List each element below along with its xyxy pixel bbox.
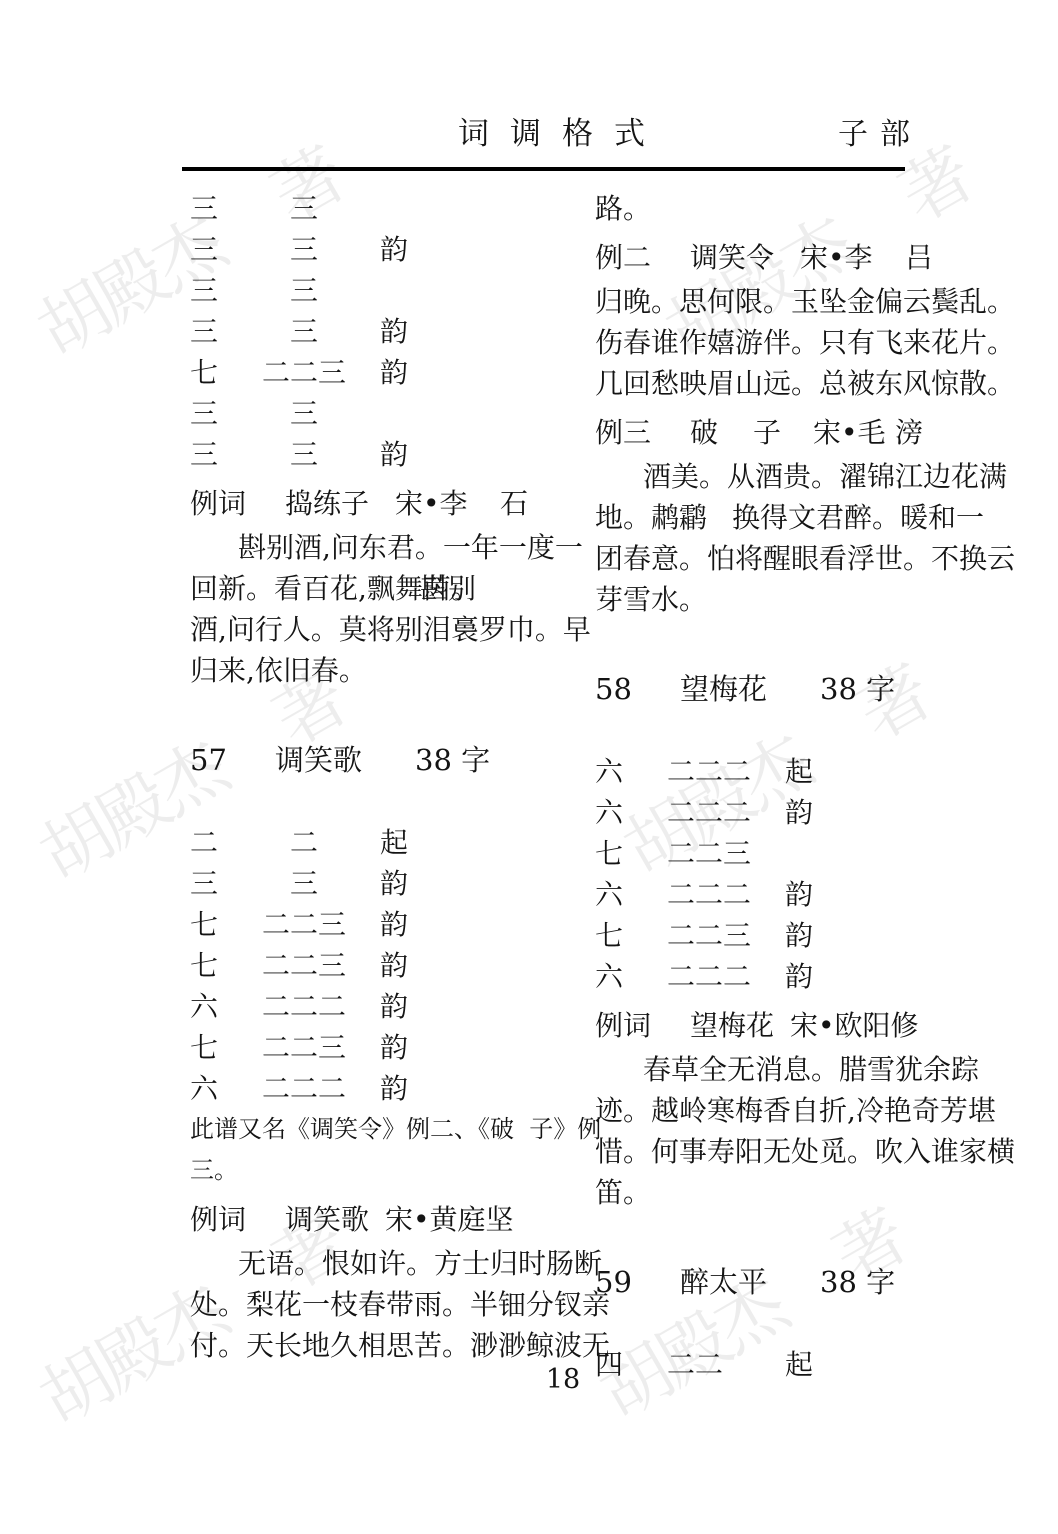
pattern-marker: 韵 (380, 986, 408, 1027)
poem-line: 路。 (595, 188, 987, 229)
header-rule (182, 167, 905, 171)
pattern-row: 七二二三 (595, 833, 987, 874)
pattern-feet: 三 (290, 434, 318, 475)
left-column: 三三三三韵三三三三韵七二二三韵三三三三韵例词捣练子宋•李石斟别酒,问东君。一年一… (190, 188, 562, 1366)
pattern-count: 七 (595, 833, 623, 874)
pattern-feet: 二 (290, 822, 318, 863)
tune-title: 醉太平 (680, 1262, 767, 1303)
pattern-marker: 韵 (785, 792, 813, 833)
pattern-row: 六二二二韵 (595, 792, 987, 833)
pattern-marker: 韵 (380, 229, 408, 270)
tune-heading: 57调笑歌38 字 (190, 740, 562, 781)
pattern-feet: 三 (290, 863, 318, 904)
pattern-count: 六 (190, 1068, 218, 1109)
example-author: 滂 (895, 412, 923, 453)
pattern-row: 四二二起 (595, 1344, 987, 1385)
example-label: 例词 (595, 1005, 651, 1046)
pattern-row: 七二二三韵 (190, 1027, 562, 1068)
pattern-count: 七 (190, 945, 218, 986)
pattern-marker: 韵 (380, 863, 408, 904)
pattern-count: 六 (190, 986, 218, 1027)
poem-line: 伤春谁作嬉游伴。只有飞来花片。 (595, 322, 987, 363)
example-label: 例二 (595, 237, 651, 278)
poem-line: 几回愁映眉山远。总被东风惊散。 (595, 363, 987, 404)
pattern-count: 七 (190, 904, 218, 945)
pattern-marker: 韵 (785, 956, 813, 997)
page-number: 18 (503, 1364, 623, 1395)
pattern-count: 六 (595, 751, 623, 792)
pattern-count: 六 (595, 874, 623, 915)
example-title: 调笑歌 (285, 1199, 369, 1240)
example-title: 宋•黄庭坚 (385, 1199, 514, 1240)
pattern-feet: 三 (290, 229, 318, 270)
tune-title: 调笑歌 (275, 740, 362, 781)
pattern-row: 七二二三韵 (595, 915, 987, 956)
pattern-row: 六二二二韵 (190, 986, 562, 1027)
pattern-count: 三 (190, 311, 218, 352)
pattern-count: 六 (595, 792, 623, 833)
pattern-row: 六二二二韵 (190, 1068, 562, 1109)
poem-line: 惜。何事寿阳无处觅。吹入谁家横 (595, 1131, 987, 1172)
pattern-count: 六 (595, 956, 623, 997)
tune-number: 58 (595, 669, 632, 710)
example-title: 望梅花 (690, 1005, 774, 1046)
pattern-marker: 起 (785, 751, 813, 792)
pattern-count: 三 (190, 188, 218, 229)
tune-heading: 59醉太平38 字 (595, 1262, 987, 1303)
pattern-row: 七二二三韵 (190, 945, 562, 986)
book-page: 胡殿杰著 胡殿杰著 胡殿杰著 胡殿杰著 胡殿杰著 胡殿杰著 词调格式 子部 三三… (0, 0, 1058, 1534)
pattern-row: 二二起 (190, 822, 562, 863)
pattern-feet: 二二二 (262, 1068, 346, 1109)
poem-line: 斟别酒,问东君。一年一度一 (190, 527, 562, 568)
pattern-count: 三 (190, 434, 218, 475)
example-title: 调笑令 (690, 237, 774, 278)
note-line: 此谱又名《调笑令》例二、《破 子》例 (190, 1109, 562, 1150)
pattern-row: 六二二二起 (595, 751, 987, 792)
pattern-marker: 韵 (380, 1027, 408, 1068)
poem-text: 斟别 (420, 568, 476, 609)
pattern-marker: 起 (785, 1344, 813, 1385)
example-title: 宋•李 (395, 483, 468, 524)
tune-length: 38 字 (820, 1262, 895, 1303)
example-line: 例词调笑歌宋•黄庭坚 (190, 1199, 562, 1240)
example-author: 宋•毛 (813, 412, 886, 453)
example-title: 宋•李 (800, 237, 873, 278)
pattern-feet: 二二三 (262, 1027, 346, 1068)
pattern-row: 三三韵 (190, 434, 562, 475)
pattern-feet: 二二三 (262, 352, 346, 393)
note-line: 三。 (190, 1150, 562, 1191)
pattern-row: 三三韵 (190, 863, 562, 904)
pattern-feet: 二二二 (262, 986, 346, 1027)
poem-line: 付。天长地久相思苦。渺渺鲸波无 (190, 1325, 562, 1366)
tune-number: 59 (595, 1262, 632, 1303)
pattern-count: 二 (190, 822, 218, 863)
poem-line: 酒,问行人。莫将别泪裛罗巾。早 (190, 609, 562, 650)
example-line: 例二调笑令宋•李吕 (595, 237, 987, 278)
tune-number: 57 (190, 740, 227, 781)
example-label: 例三 (595, 412, 651, 453)
example-line: 例词望梅花宋•欧阳修 (595, 1005, 987, 1046)
poem-line: 芽雪水。 (595, 579, 987, 620)
pattern-count: 三 (190, 229, 218, 270)
tune-length: 38 字 (820, 669, 895, 710)
pattern-marker: 韵 (380, 1068, 408, 1109)
pattern-feet: 二二二 (667, 874, 751, 915)
example-line: 例词捣练子宋•李石 (190, 483, 562, 524)
poem-line: 地。鹔鹴换得文君醉。暖和一 (595, 497, 987, 538)
right-column: 路。例二调笑令宋•李吕归晚。思何限。玉坠金偏云鬓乱。伤春谁作嬉游伴。只有飞来花片… (595, 188, 987, 1385)
poem-line: 无语。恨如许。方士归时肠断 (190, 1243, 562, 1284)
example-title: 宋•欧阳修 (790, 1005, 919, 1046)
pattern-marker: 韵 (380, 434, 408, 475)
pattern-marker: 韵 (785, 915, 813, 956)
example-label: 例词 (190, 1199, 246, 1240)
example-title: 捣练子 (285, 483, 369, 524)
example-label: 例词 (190, 483, 246, 524)
pattern-row: 三三 (190, 393, 562, 434)
pattern-row: 六二二二韵 (595, 874, 987, 915)
tune-heading: 58望梅花38 字 (595, 669, 987, 710)
poem-line: 归晚。思何限。玉坠金偏云鬓乱。 (595, 281, 987, 322)
poem-line: 回新。看百花,飘舞茵。斟别 (190, 568, 562, 609)
pattern-feet: 二二三 (667, 833, 751, 874)
poem-text: 地。鹔鹴 (595, 497, 707, 538)
pattern-row: 七二二三韵 (190, 904, 562, 945)
pattern-feet: 二二三 (262, 904, 346, 945)
pattern-marker: 韵 (380, 311, 408, 352)
pattern-marker: 起 (380, 822, 408, 863)
pattern-feet: 二二二 (667, 956, 751, 997)
poem-line: 春草全无消息。腊雪犹余踪 (595, 1049, 987, 1090)
section-label: 子部 (838, 109, 922, 153)
pattern-row: 三三 (190, 188, 562, 229)
pattern-count: 七 (190, 352, 218, 393)
poem-line: 团春意。怕将醒眼看浮世。不换云 (595, 538, 987, 579)
pattern-feet: 三 (290, 270, 318, 311)
pattern-feet: 三 (290, 393, 318, 434)
poem-line: 处。梨花一枝春带雨。半钿分钗亲 (190, 1284, 562, 1325)
pattern-marker: 韵 (380, 904, 408, 945)
example-author: 石 (500, 483, 528, 524)
pattern-count: 三 (190, 270, 218, 311)
pattern-row: 三三韵 (190, 229, 562, 270)
pattern-row: 三三韵 (190, 311, 562, 352)
pattern-feet: 三 (290, 311, 318, 352)
pattern-count: 七 (595, 915, 623, 956)
pattern-row: 三三 (190, 270, 562, 311)
pattern-row: 六二二二韵 (595, 956, 987, 997)
example-line: 例三破子宋•毛滂 (595, 412, 987, 453)
pattern-feet: 二二三 (262, 945, 346, 986)
page-title: 词调格式 (458, 108, 666, 153)
pattern-marker: 韵 (785, 874, 813, 915)
example-title: 子 (753, 412, 781, 453)
example-title: 破 (690, 412, 718, 453)
pattern-feet: 二二二 (667, 792, 751, 833)
pattern-count: 三 (190, 863, 218, 904)
pattern-row: 七二二三韵 (190, 352, 562, 393)
pattern-feet: 三 (290, 188, 318, 229)
tune-title: 望梅花 (680, 669, 767, 710)
poem-line: 笛。 (595, 1172, 987, 1213)
pattern-feet: 二二 (667, 1344, 723, 1385)
pattern-feet: 二二三 (667, 915, 751, 956)
tune-length: 38 字 (415, 740, 490, 781)
pattern-marker: 韵 (380, 945, 408, 986)
example-author: 吕 (905, 237, 933, 278)
pattern-feet: 二二二 (667, 751, 751, 792)
poem-line: 归来,依旧春。 (190, 650, 562, 691)
poem-line: 酒美。从酒贵。濯锦江边花满 (595, 456, 987, 497)
pattern-marker: 韵 (380, 352, 408, 393)
poem-text: 换得文君醉。暖和一 (732, 497, 984, 538)
pattern-count: 三 (190, 393, 218, 434)
pattern-count: 七 (190, 1027, 218, 1068)
poem-line: 迹。越岭寒梅香自折,冷艳奇芳堪 (595, 1090, 987, 1131)
